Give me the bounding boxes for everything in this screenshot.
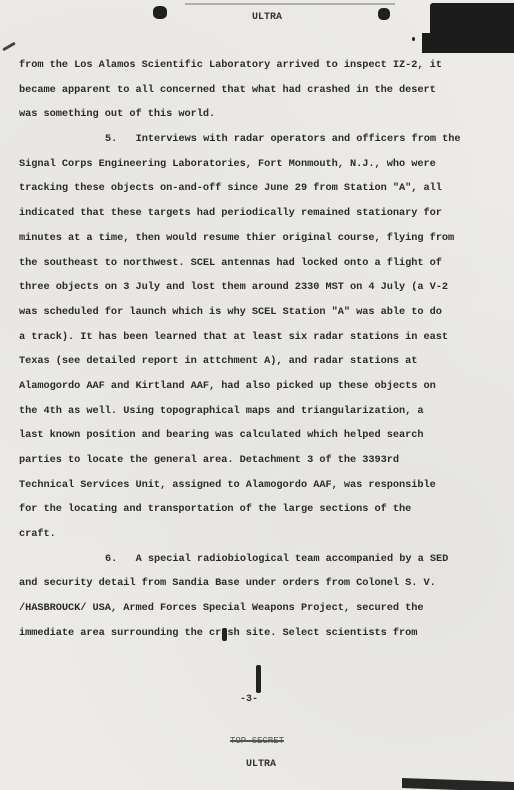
margin-mark bbox=[2, 42, 16, 52]
text-line: and security detail from Sandia Base und… bbox=[19, 571, 489, 596]
redaction-block bbox=[402, 778, 514, 790]
text-line: parties to locate the general area. Deta… bbox=[19, 448, 489, 473]
struck-classification: TOP SECRET bbox=[0, 736, 514, 746]
ink-speck bbox=[412, 37, 415, 41]
text-line: three objects on 3 July and lost them ar… bbox=[19, 275, 489, 300]
paragraph-6-start: 6. A special radiobiological team accomp… bbox=[19, 547, 489, 572]
text-line: Signal Corps Engineering Laboratories, F… bbox=[19, 152, 489, 177]
text-line: /HASBROUCK/ USA, Armed Forces Special We… bbox=[19, 596, 489, 621]
text-line: minutes at a time, then would resume thi… bbox=[19, 226, 489, 251]
text-line: craft. bbox=[19, 522, 489, 547]
document-body: from the Los Alamos Scientific Laborator… bbox=[19, 53, 489, 646]
text-line: was scheduled for launch which is why SC… bbox=[19, 300, 489, 325]
top-rule bbox=[185, 3, 395, 5]
text-line: was something out of this world. bbox=[19, 102, 489, 127]
document-page: ULTRA from the Los Alamos Scientific Lab… bbox=[0, 0, 514, 790]
text-line: Alamogordo AAF and Kirtland AAF, had als… bbox=[19, 374, 489, 399]
header-classification: ULTRA bbox=[10, 12, 514, 23]
redaction-block bbox=[430, 3, 514, 53]
text-line: tracking these objects on-and-off since … bbox=[19, 176, 489, 201]
text-line: last known position and bearing was calc… bbox=[19, 423, 489, 448]
text-line: Texas (see detailed report in attchment … bbox=[19, 349, 489, 374]
text-line: from the Los Alamos Scientific Laborator… bbox=[19, 53, 489, 78]
text-line: became apparent to all concerned that wh… bbox=[19, 78, 489, 103]
text-line: indicated that these targets had periodi… bbox=[19, 201, 489, 226]
page-number: -3- bbox=[240, 694, 258, 705]
text-line: the 4th as well. Using topographical map… bbox=[19, 399, 489, 424]
footer-classification: ULTRA bbox=[4, 759, 514, 770]
text-line: for the locating and transportation of t… bbox=[19, 497, 489, 522]
ink-speck bbox=[222, 628, 227, 641]
text-line: the southeast to northwest. SCEL antenna… bbox=[19, 251, 489, 276]
paragraph-5-start: 5. Interviews with radar operators and o… bbox=[19, 127, 489, 152]
text-line: a track). It has been learned that at le… bbox=[19, 325, 489, 350]
text-line: immediate area surrounding the crash sit… bbox=[19, 621, 489, 646]
text-line: Technical Services Unit, assigned to Ala… bbox=[19, 473, 489, 498]
ink-speck bbox=[256, 665, 261, 693]
